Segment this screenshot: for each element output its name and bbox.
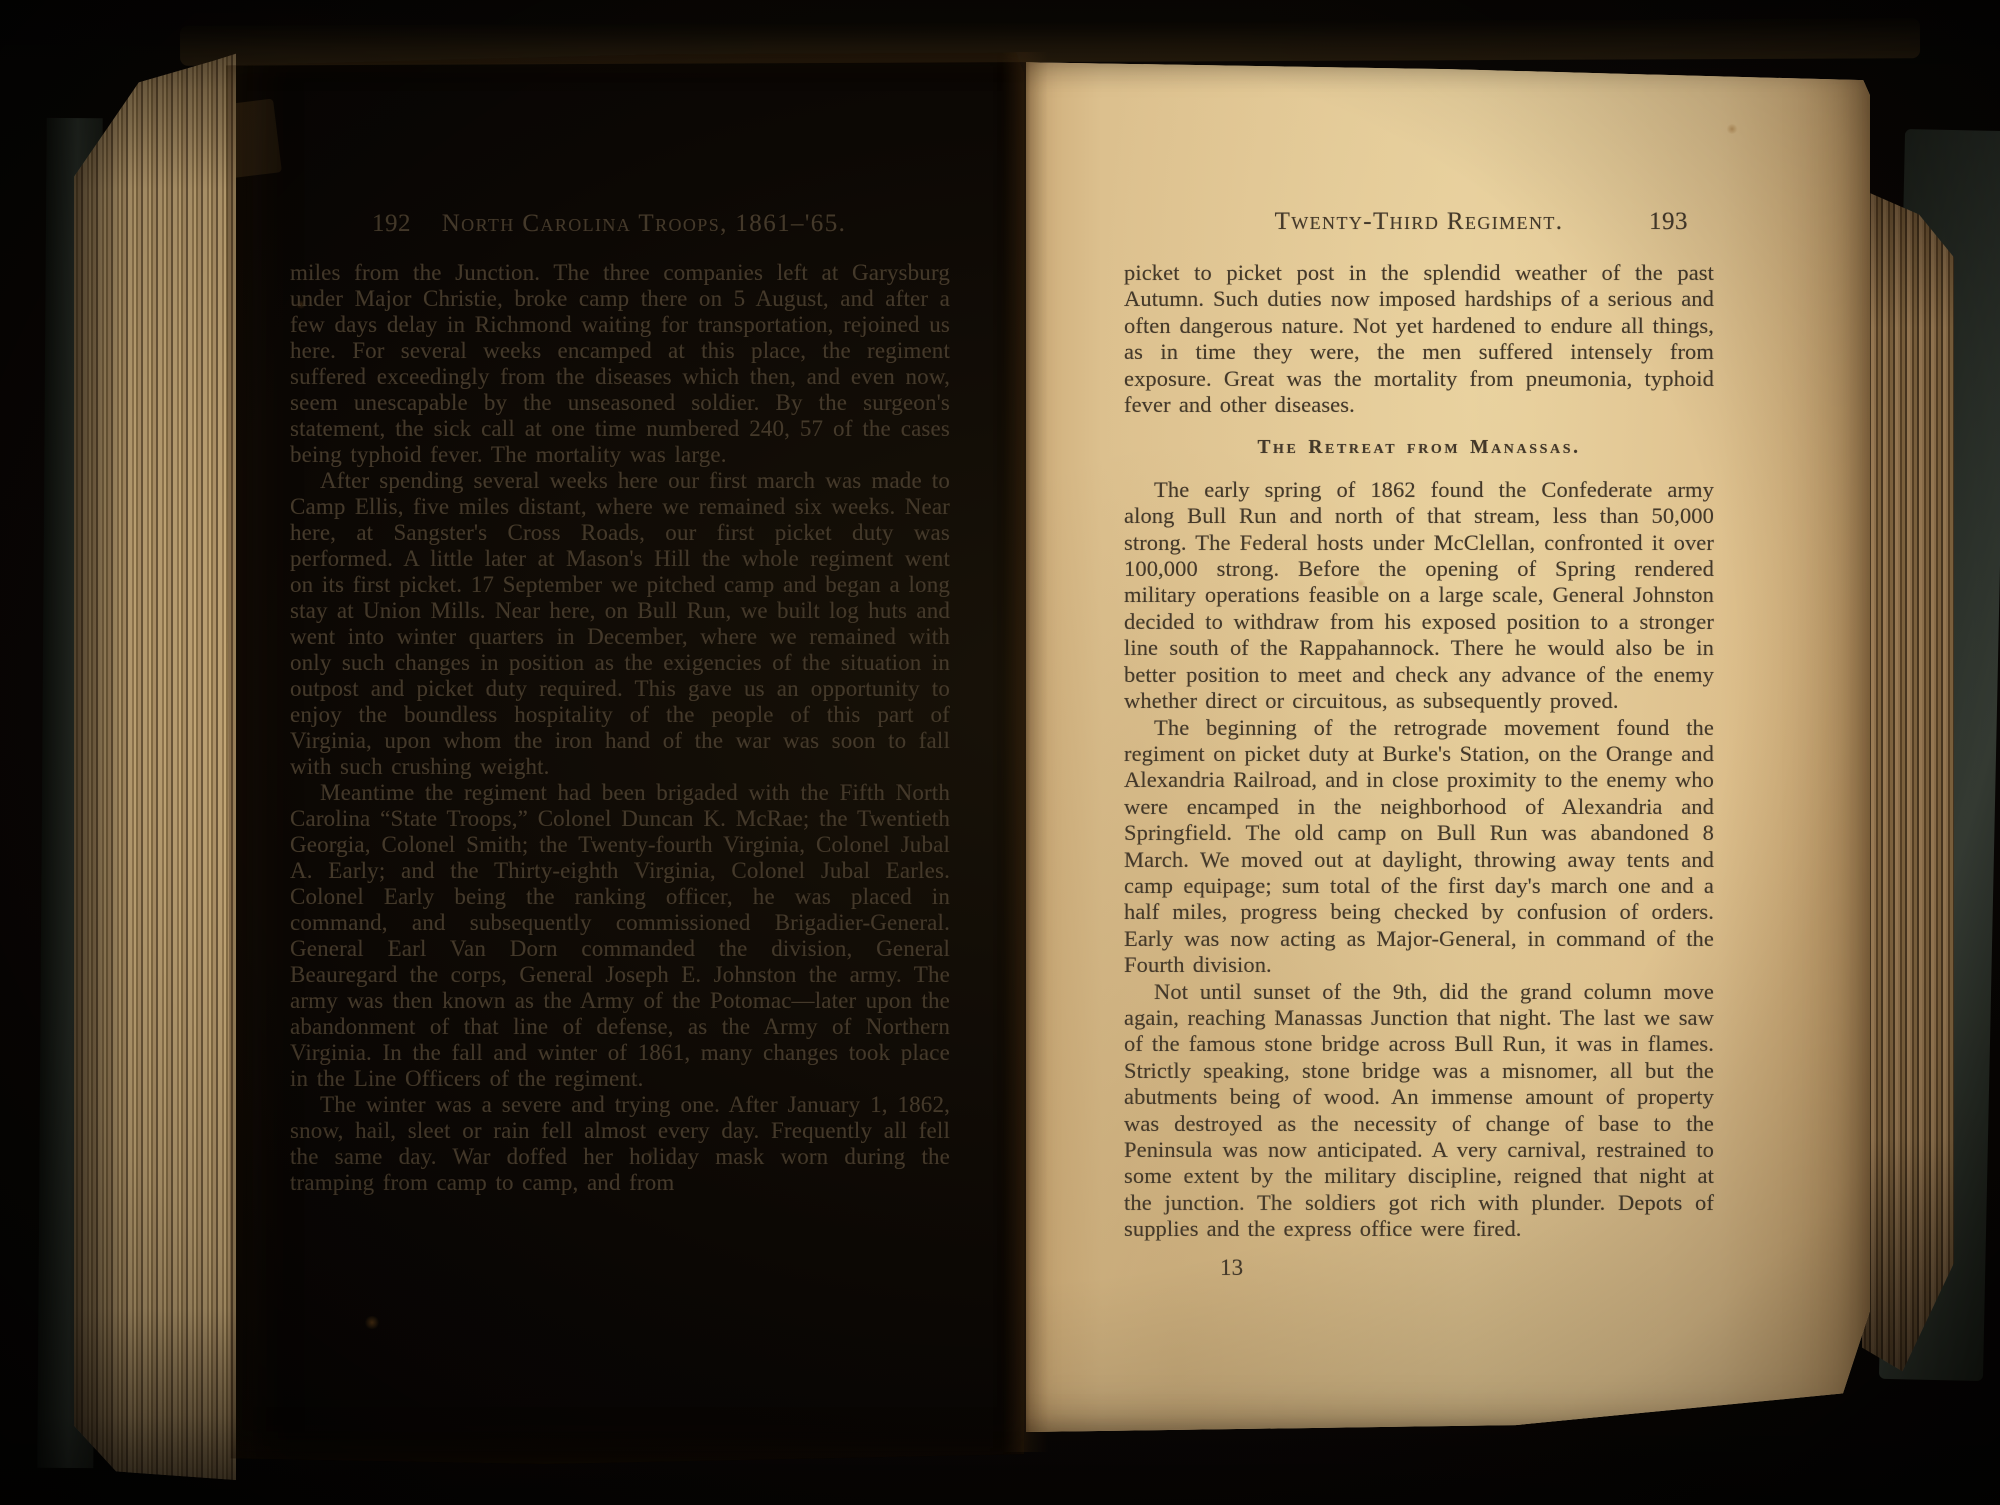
left-page-text-column: 192 North Carolina Troops, 1861–'65. mil…: [290, 210, 950, 1196]
book-cover-top-edge: [180, 18, 1920, 66]
paragraph: picket to picket post in the splendid we…: [1124, 260, 1714, 418]
right-running-header-row: Twenty-Third Regiment. 193: [1124, 208, 1714, 242]
right-page-number: 193: [1649, 208, 1688, 236]
book-photo-stage: 192 North Carolina Troops, 1861–'65. mil…: [0, 0, 2000, 1505]
left-page-body: miles from the Junction. The three compa…: [290, 260, 950, 1196]
right-page-edge-stack: [1862, 186, 1954, 1376]
paragraph: Meantime the regiment had been brigaded …: [290, 780, 950, 1092]
paragraph: After spending several weeks here our fi…: [290, 468, 950, 780]
left-page: 192 North Carolina Troops, 1861–'65. mil…: [226, 50, 1024, 1464]
right-page-text-column: Twenty-Third Regiment. 193 picket to pic…: [1124, 208, 1714, 1281]
page-stain: [364, 1316, 380, 1329]
paragraph: Not until sunset of the 9th, did the gra…: [1124, 979, 1714, 1243]
signature-mark: 13: [1124, 1255, 1714, 1281]
paragraph: The winter was a severe and trying one. …: [290, 1092, 950, 1196]
left-page-edge-stack: [74, 48, 236, 1480]
left-running-header-row: 192 North Carolina Troops, 1861–'65.: [290, 210, 950, 244]
right-page-body: picket to picket post in the splendid we…: [1124, 260, 1714, 1281]
paragraph: The early spring of 1862 found the Confe…: [1124, 477, 1714, 715]
gutter-crease-shadow: [1002, 52, 1048, 1452]
paragraph: miles from the Junction. The three compa…: [290, 260, 950, 468]
paragraph: The beginning of the retrograde movement…: [1124, 715, 1714, 979]
page-stain: [1726, 124, 1738, 134]
right-page: Twenty-Third Regiment. 193 picket to pic…: [1026, 54, 1870, 1432]
left-page-number: 192: [372, 210, 411, 238]
section-heading: The Retreat from Manassas.: [1124, 435, 1714, 461]
